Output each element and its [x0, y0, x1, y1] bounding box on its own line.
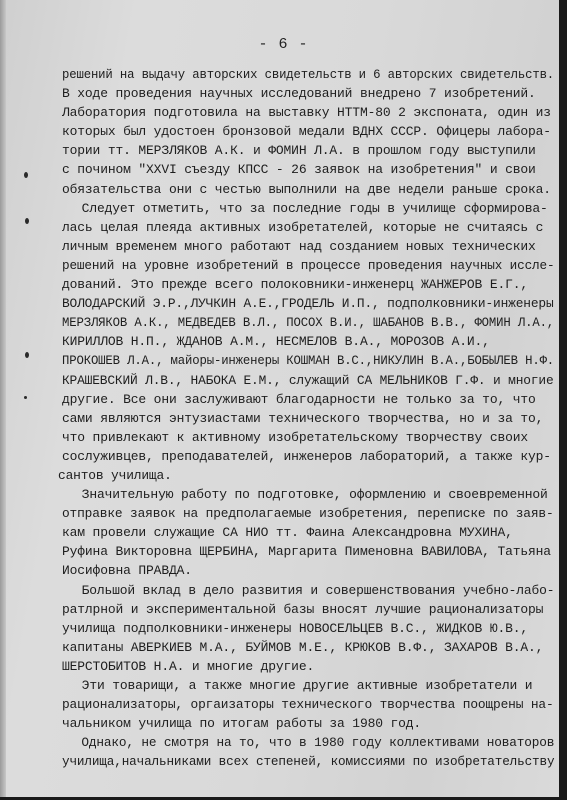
text-line: Иосифовна ПРАВДА.	[62, 561, 554, 580]
text-line: ратлрной и экспериментальной базы вносят…	[62, 600, 554, 619]
punch-hole-mark	[24, 396, 27, 399]
text-line: В ходе проведения научных исследований в…	[62, 84, 554, 103]
text-line: отправке заявок на предполагаемые изобре…	[62, 504, 549, 523]
text-line: КРАШЕВСКИЙ Л.В., НАБОКА Е.М., служащий С…	[62, 371, 549, 390]
text-line: сантов училища.	[58, 466, 550, 485]
punch-hole-mark	[25, 218, 29, 224]
page-left-edge	[0, 0, 6, 797]
text-line: сами являются энтузиастами технического …	[62, 409, 554, 428]
text-line: училища,начальниками всех степеней, коми…	[62, 752, 543, 771]
text-line: Лаборатория подготовила на выставку НТТМ…	[62, 103, 554, 122]
page-number: - 6 -	[0, 36, 559, 53]
text-line: тории тт. МЕРЗЛЯКОВ А.К. и ФОМИН Л.А. в …	[62, 141, 554, 160]
paragraph-first-line: Эти товарищи, а также многие другие акти…	[62, 676, 554, 695]
text-line: КИРИЛЛОВ Н.П., ЖДАНОВ А.М., НЕСМЕЛОВ В.А…	[62, 332, 554, 351]
text-line: которых был удостоен бронзовой медали ВД…	[62, 122, 554, 141]
text-line: МЕРЗЛЯКОВ А.К., МЕДВЕДЕВ В.Л., ПОСОХ В.И…	[62, 313, 528, 332]
paragraph-first-line: Значительную работу по подготовке, оформ…	[62, 485, 554, 504]
paragraph-first-line: Следует отметить, что за последние годы …	[62, 199, 554, 218]
paragraph-first-line: Большой вклад в дело развития и совершен…	[62, 581, 553, 600]
punch-hole-mark	[24, 172, 28, 178]
text-line: сослуживцев, преподавателей, инженеров л…	[62, 447, 554, 466]
text-line: ВОЛОДАРСКИЙ Э.Р.,ЛУЧКИН А.Е.,ГРОДЕЛЬ И.П…	[62, 294, 549, 313]
document-page: - 6 - решений на выдачу авторских свидет…	[0, 0, 559, 797]
text-line: с почином "XXVI съезду КПСС - 26 заявок …	[62, 160, 554, 179]
text-line: ПРОКОШЕВ Л.А., майоры-инженеры КОШМАН В.…	[62, 351, 528, 370]
text-line: Руфина Викторовна ЩЕРБИНА, Маргарита Пим…	[62, 542, 554, 561]
text-line: что привлекают к активному изобретательс…	[62, 428, 554, 447]
text-line: чальником училища по итогам работы за 19…	[62, 714, 554, 733]
text-line: обязательства они с честью выполнили на …	[62, 180, 554, 199]
text-line: рационализаторы, оргаизаторы техническог…	[62, 695, 549, 714]
paragraph-first-line: Однако, не смотря на то, что в 1980 году…	[62, 733, 546, 752]
text-line: ШЕРСТОБИТОВ Н.А. и многие другие.	[62, 657, 554, 676]
text-line: решений на выдачу авторских свидетельств…	[62, 65, 528, 84]
punch-hole-mark	[25, 352, 29, 358]
text-line: решений на уровне изобретений в процессе…	[62, 256, 543, 275]
text-line: другие. Все они заслуживают благодарност…	[62, 390, 554, 409]
text-line: училища подполковники-инженеры НОВОСЕЛЬЦ…	[62, 619, 554, 638]
text-line: личным временем много работают над созда…	[62, 237, 554, 256]
document-body: решений на выдачу авторских свидетельств…	[62, 65, 559, 771]
text-line: кам провели служащие СА НИО тт. Фаина Ал…	[62, 523, 554, 542]
text-line: капитаны АВЕРКИЕВ М.А., БУЙМОВ М.Е., КРЮ…	[62, 638, 554, 657]
text-line: лась целая плеяда активных изобретателей…	[62, 218, 554, 237]
text-line: дований. Это прежде всего полоковники-ин…	[62, 275, 554, 294]
